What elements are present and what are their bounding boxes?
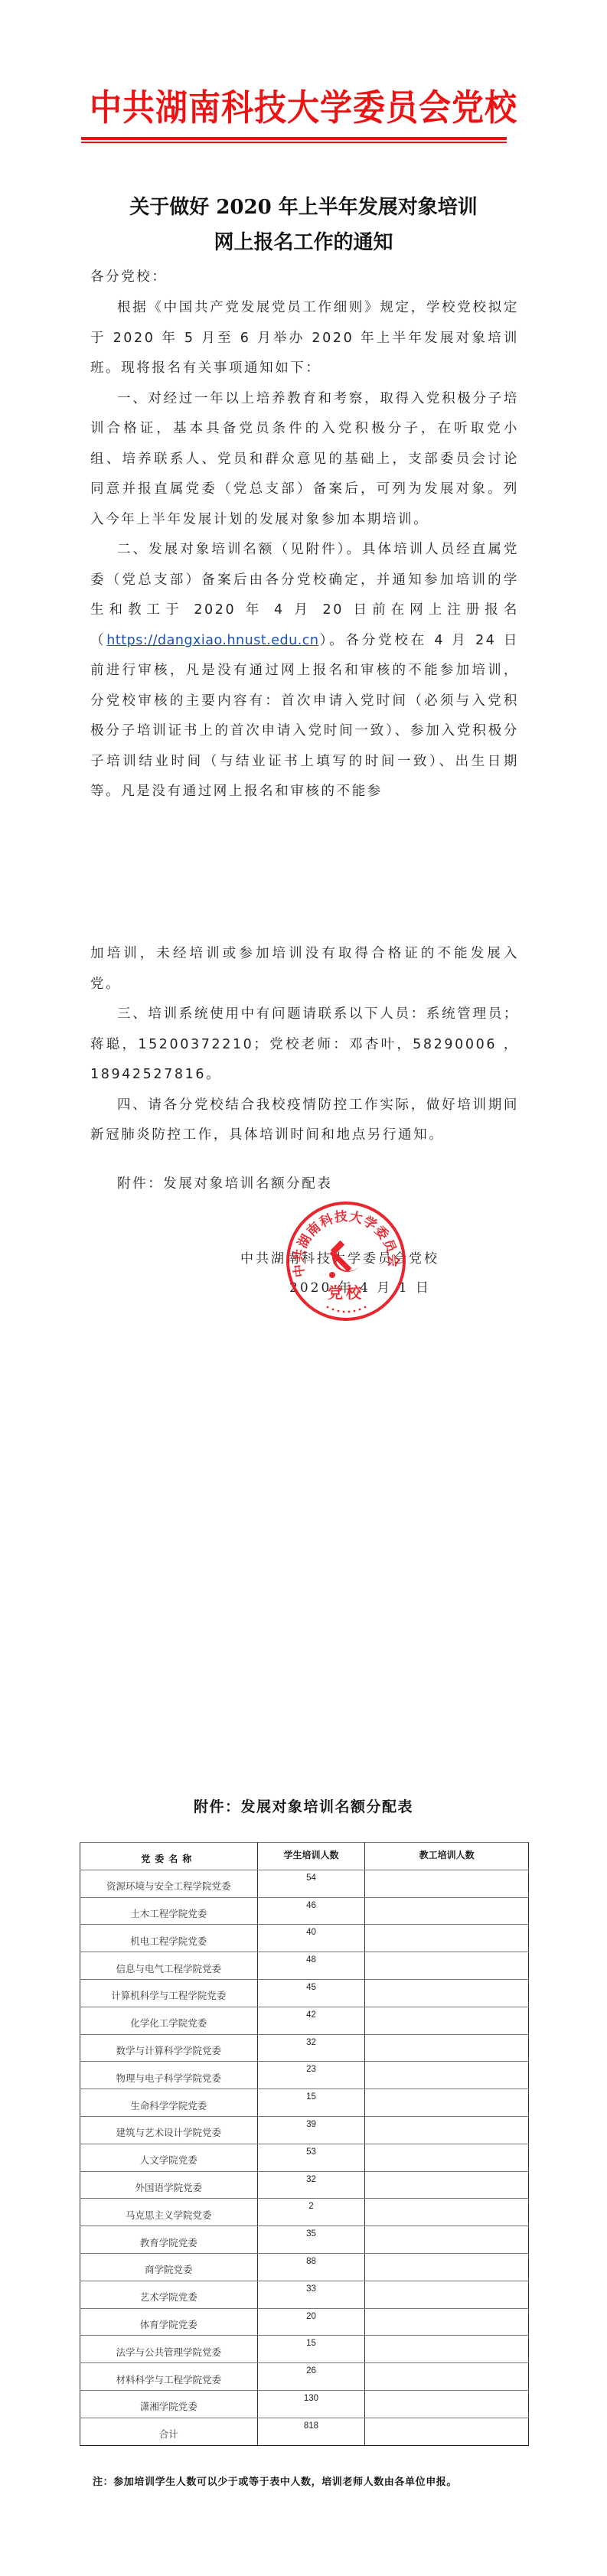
table-row: 外国语学院党委32 [80,2171,529,2199]
committee-name: 化学化工学院党委 [80,2007,258,2034]
committee-name: 教育学院党委 [80,2226,258,2254]
table-row: 数学与计算科学学院党委32 [80,2034,529,2062]
committee-name: 潇湘学院党委 [80,2390,258,2418]
student-count: 40 [257,1925,365,1952]
masthead-rule-thin [81,142,507,143]
staff-count [365,1979,529,2007]
student-count: 53 [257,2144,365,2171]
student-count: 15 [257,2089,365,2117]
committee-name: 资源环境与安全工程学院党委 [80,1870,258,1897]
committee-name: 材料科学与工程学院党委 [80,2363,258,2391]
student-count: 45 [257,1979,365,2007]
student-count: 23 [257,2062,365,2089]
staff-count [365,2007,529,2034]
student-count: 33 [257,2281,365,2308]
paragraph-4: 四、请各分党校结合我校疫情防控工作实际，做好培训期间新冠肺炎防控工作，具体培训时… [90,1091,519,1151]
table-row: 人文学院党委53 [80,2144,529,2171]
paragraph-2-continued: 加培训，未经培训或参加培训没有取得合格证的不能发展入党。 [90,939,519,999]
student-count: 48 [257,1952,365,1980]
committee-name: 马克思主义学院党委 [80,2199,258,2226]
committee-name: 计算机科学与工程学院党委 [80,1979,258,2007]
notice-body-page2: 加培训，未经培训或参加培训没有取得合格证的不能发展入党。 三、培训系统使用中有问… [90,939,519,1151]
table-row: 教育学院党委35 [80,2226,529,2254]
table-row: 土木工程学院党委46 [80,1897,529,1925]
staff-count [365,2308,529,2336]
student-count: 39 [257,2116,365,2144]
attachment-text: 附件：发展对象培训名额分配表 [90,1169,519,1200]
committee-name: 艺术学院党委 [80,2281,258,2308]
committee-name: 建筑与艺术设计学院党委 [80,2116,258,2144]
hammer-sickle-icon [329,1241,360,1278]
committee-name: 土木工程学院党委 [80,1897,258,1925]
paragraph-3: 三、培训系统使用中有问题请联系以下人员：系统管理员；蒋聪，15200372210… [90,999,519,1091]
table-row: 商学院党委88 [80,2253,529,2281]
student-count: 88 [257,2253,365,2281]
committee-name: 体育学院党委 [80,2308,258,2336]
student-count: 46 [257,1897,365,1925]
total-staff-count [365,2418,529,2445]
staff-count [365,1897,529,1925]
staff-count [365,2226,529,2254]
column-header-committee: 党委名称 [80,1843,258,1870]
staff-count [365,2336,529,2363]
committee-name: 人文学院党委 [80,2144,258,2171]
table-row: 生命科学学院党委15 [80,2089,529,2117]
committee-name: 机电工程学院党委 [80,1925,258,1952]
staff-count [365,2253,529,2281]
table-row: 法学与公共管理学院党委15 [80,2336,529,2363]
salutation-text: 各分党校： [90,262,519,293]
committee-name: 物理与电子科学学院党委 [80,2062,258,2089]
attachment-reference: 附件：发展对象培训名额分配表 [90,1169,519,1200]
salutation: 各分党校： [90,262,519,293]
committee-name: 法学与公共管理学院党委 [80,2336,258,2363]
committee-name: 外国语学院党委 [80,2171,258,2199]
staff-count [365,2062,529,2089]
staff-count [365,2034,529,2062]
notice-title-line1: 关于做好 2020 年上半年发展对象培训 [0,191,607,220]
column-header-staff: 教工培训人数 [365,1843,529,1870]
staff-count [365,1952,529,1980]
table-row: 潇湘学院党委130 [80,2390,529,2418]
staff-count [365,2116,529,2144]
table-row: 艺术学院党委33 [80,2281,529,2308]
attachment-table-title: 附件：发展对象培训名额分配表 [0,1795,607,1816]
student-count: 35 [257,2226,365,2254]
student-count: 15 [257,2336,365,2363]
staff-count [365,2390,529,2418]
svg-text:党校: 党校 [328,1283,364,1302]
student-count: 26 [257,2363,365,2391]
table-row: 物理与电子科学学院党委23 [80,2062,529,2089]
table-row: 计算机科学与工程学院党委45 [80,1979,529,2007]
student-count: 2 [257,2199,365,2226]
column-header-students: 学生培训人数 [257,1843,365,1870]
table-header-row: 党委名称 学生培训人数 教工培训人数 [80,1843,529,1870]
table-row: 建筑与艺术设计学院党委39 [80,2116,529,2144]
paragraph-2: 二、发展对象培训名额（见附件）。具体培训人员经直属党委（党总支部）备案后由各分党… [90,535,519,807]
committee-name: 商学院党委 [80,2253,258,2281]
paragraph-2-after-link: ）。各分党校在 4 月 24 日前进行审核，凡是没有通过网上报名和审核的不能参加… [90,633,519,800]
staff-count [365,2363,529,2391]
staff-count [365,1870,529,1897]
student-count: 32 [257,2171,365,2199]
table-row: 机电工程学院党委40 [80,1925,529,1952]
paragraph-1: 一、对经过一年以上培养教育和考察，取得入党积极分子培训合格证，基本具备党员条件的… [90,384,519,536]
masthead-rule-thick [81,137,507,140]
table-footnote: 注：参加培训学生人数可以少于或等于表中人数，培训老师人数由各单位申报。 [93,2473,457,2488]
table-row: 材料科学与工程学院党委26 [80,2363,529,2391]
student-count: 130 [257,2390,365,2418]
student-count: 32 [257,2034,365,2062]
student-count: 20 [257,2308,365,2336]
registration-link[interactable]: https://dangxiao.hnust.edu.cn [106,633,318,648]
table-row: 化学化工学院党委42 [80,2007,529,2034]
total-label: 合计 [80,2418,258,2445]
notice-body-page1: 根据《中国共产党发展党员工作细则》规定，学校党校拟定于 2020 年 5 月至 … [90,293,519,807]
committee-name: 信息与电气工程学院党委 [80,1952,258,1980]
staff-count [365,2144,529,2171]
staff-count [365,2089,529,2117]
staff-count [365,2171,529,2199]
table-row: 资源环境与安全工程学院党委54 [80,1870,529,1897]
staff-count [365,2281,529,2308]
staff-count [365,1925,529,1952]
table-total-row: 合计818 [80,2418,529,2445]
committee-name: 生命科学学院党委 [80,2089,258,2117]
notice-title-line2: 网上报名工作的通知 [0,227,607,255]
paragraph-intro: 根据《中国共产党发展党员工作细则》规定，学校党校拟定于 2020 年 5 月至 … [90,293,519,384]
org-masthead: 中共湖南科技大学委员会党校 [0,80,607,131]
committee-name: 数学与计算科学学院党委 [80,2034,258,2062]
student-count: 54 [257,1870,365,1897]
total-student-count: 818 [257,2418,365,2445]
table-row: 马克思主义学院党委2 [80,2199,529,2226]
staff-count [365,2199,529,2226]
table-row: 体育学院党委20 [80,2308,529,2336]
student-count: 42 [257,2007,365,2034]
table-row: 信息与电气工程学院党委48 [80,1952,529,1980]
official-seal-icon: 中共湖南科技大学委员会 党校 [285,1200,407,1322]
quota-table: 党委名称 学生培训人数 教工培训人数 资源环境与安全工程学院党委54 土木工程学… [80,1842,529,2446]
